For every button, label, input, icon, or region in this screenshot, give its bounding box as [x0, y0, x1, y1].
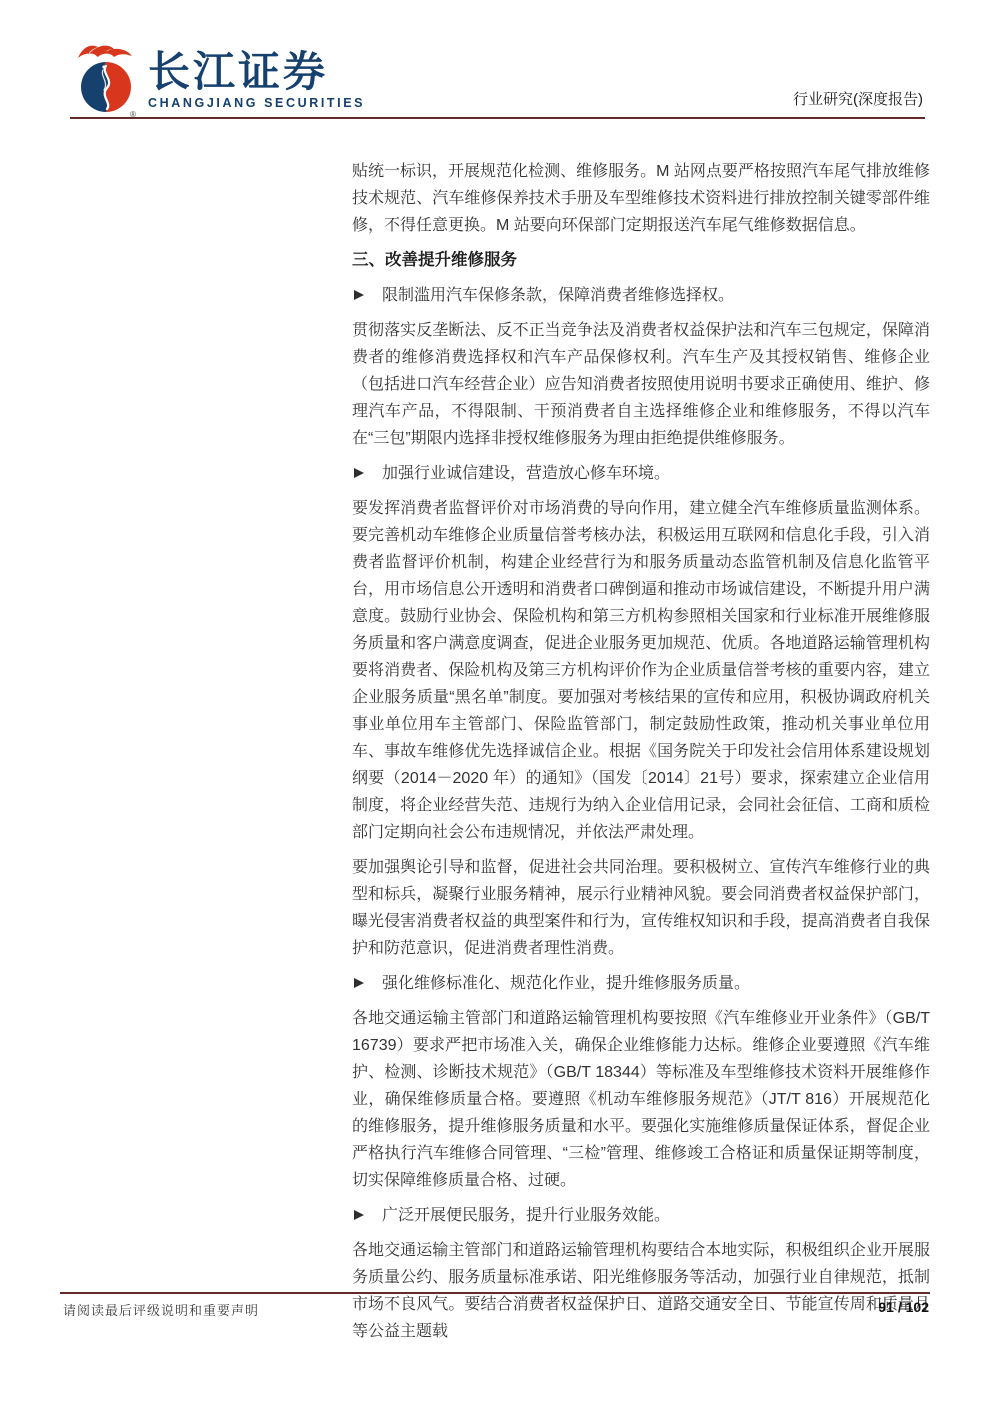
bullet-arrow-icon [354, 978, 364, 988]
bullet-arrow-icon [354, 1210, 364, 1220]
bullet-arrow-icon [354, 468, 364, 478]
paragraph: 要发挥消费者监督评价对市场消费的导向作用，建立健全汽车维修质量监测体系。要完善机… [352, 495, 930, 846]
paragraph: 要加强舆论引导和监督，促进社会共同治理。要积极树立、宣传汽车维修行业的典型和标兵… [352, 854, 930, 962]
brand-name-cn: 长江证券 [148, 50, 365, 94]
bullet-text: 加强行业诚信建设，营造放心修车环境。 [382, 460, 670, 487]
changjiang-dragon-logo-icon: ® [74, 40, 138, 118]
bullet-text: 强化维修标准化、规范化作业，提升维修服务质量。 [382, 970, 750, 997]
bullet-item: 限制滥用汽车保修条款，保障消费者维修选择权。 [352, 282, 930, 309]
bullet-arrow-icon [354, 290, 364, 300]
document-body: 贴统一标识，开展规范化检测、维修服务。M 站网点要严格按照汽车尾气排放维修技术规… [352, 158, 930, 1353]
header-divider-rule [70, 117, 925, 119]
page-header: ® 长江证券 CHANGJIANG SECURITIES 行业研究(深度报告) [0, 0, 993, 120]
paragraph: 贴统一标识，开展规范化检测、维修服务。M 站网点要严格按照汽车尾气排放维修技术规… [352, 158, 930, 239]
brand-name-en: CHANGJIANG SECURITIES [148, 96, 365, 110]
changjiang-securities-logo: ® 长江证券 CHANGJIANG SECURITIES [74, 40, 365, 118]
bullet-text: 限制滥用汽车保修条款，保障消费者维修选择权。 [382, 282, 734, 309]
bullet-item: 强化维修标准化、规范化作业，提升维修服务质量。 [352, 970, 930, 997]
report-page: ® 长江证券 CHANGJIANG SECURITIES 行业研究(深度报告) … [0, 0, 993, 1404]
bullet-item: 加强行业诚信建设，营造放心修车环境。 [352, 460, 930, 487]
logo-text: 长江证券 CHANGJIANG SECURITIES [148, 40, 365, 110]
bullet-item: 广泛开展便民服务，提升行业服务效能。 [352, 1202, 930, 1229]
bullet-text: 广泛开展便民服务，提升行业服务效能。 [382, 1202, 670, 1229]
paragraph: 各地交通运输主管部门和道路运输管理机构要结合本地实际，积极组织企业开展服务质量公… [352, 1237, 930, 1345]
report-category-label: 行业研究(深度报告) [793, 88, 923, 109]
footer-divider-rule [60, 1292, 930, 1294]
footer-disclaimer: 请阅读最后评级说明和重要声明 [63, 1300, 259, 1319]
paragraph: 贯彻落实反垄断法、反不正当竞争法及消费者权益保护法和汽车三包规定，保障消费者的维… [352, 317, 930, 452]
page-number: 91 / 102 [878, 1299, 929, 1315]
section-heading: 三、改善提升维修服务 [352, 247, 930, 274]
paragraph: 各地交通运输主管部门和道路运输管理机构要按照《汽车维修业开业条件》（GB/T 1… [352, 1005, 930, 1194]
